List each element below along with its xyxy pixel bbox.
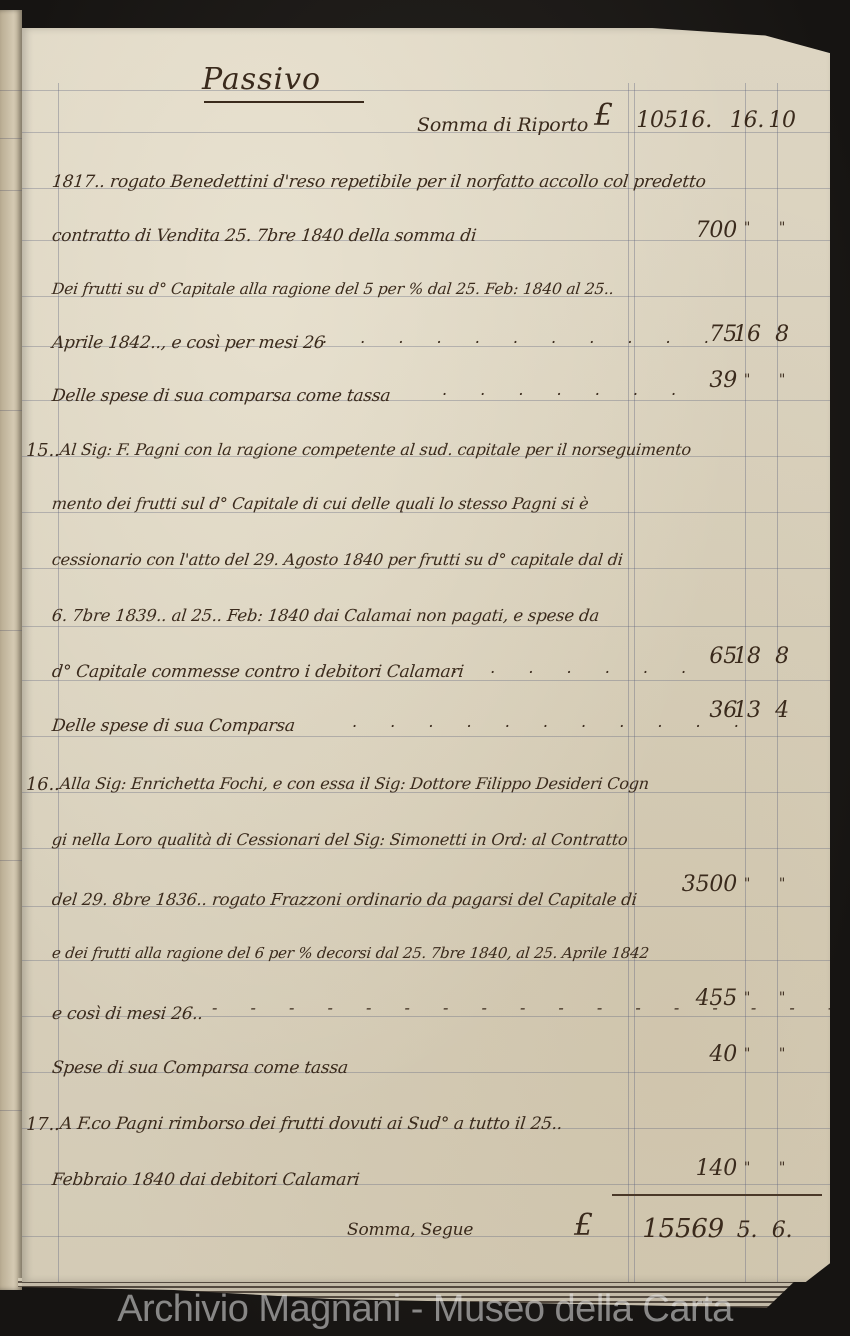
amount-denari: ": [767, 220, 797, 236]
amount-soldi: 16: [722, 322, 772, 347]
amount-soldi: 13: [722, 698, 772, 723]
total-denari: 6.: [767, 1218, 797, 1243]
amount-denari: ": [767, 990, 797, 1006]
amount-soldi: ": [722, 1046, 772, 1062]
amount-soldi: 18: [722, 644, 772, 669]
ledger-page: Passivo Somma di Riporto £ 10516. 16. 10…: [22, 28, 830, 1282]
total-label: Somma, Segue: [347, 1220, 473, 1240]
ledger-line: d° Capitale commesse contro i debitori C…: [51, 662, 465, 682]
entry-number: 15..: [26, 440, 60, 461]
ledger-line: 1817.. rogato Benedettini d'reso repetib…: [51, 172, 707, 192]
previous-page-edge: [0, 10, 22, 1290]
amount-denari: ": [767, 876, 797, 892]
ledger-line: cessionario con l'atto del 29. Agosto 18…: [51, 550, 624, 569]
entry-number: 17..: [26, 1114, 60, 1135]
ledger-line: Dei frutti su d° Capitale alla ragione d…: [51, 280, 615, 298]
entry-number: 16..: [26, 774, 60, 795]
ledger-line: gi nella Loro qualità di Cessionari del …: [51, 830, 629, 849]
ledger-line: Alla Sig: Enrichetta Fochi, e con essa i…: [59, 774, 650, 793]
amount-denari: 8: [767, 644, 797, 669]
total-rule: [612, 1194, 822, 1196]
ledger-line: Delle spese di sua comparsa come tassa: [51, 386, 392, 406]
amount-soldi: ": [722, 220, 772, 236]
amount-soldi: ": [722, 1160, 772, 1176]
total-soldi: 5.: [722, 1218, 772, 1243]
ledger-line: Aprile 1842.., e così per mesi 26: [51, 333, 326, 353]
total-lire: 15569: [634, 1214, 724, 1244]
page-title: Passivo: [202, 62, 321, 97]
carried-forward-lire: 10516.: [622, 108, 712, 133]
amount-soldi: ": [722, 990, 772, 1006]
ledger-line: 6. 7bre 1839.. al 25.. Feb: 1840 dai Cal…: [51, 606, 600, 625]
ledger-line: A F.co Pagni rimborso dei frutti dovuti …: [59, 1114, 563, 1134]
archive-watermark: Archivio Magnani - Museo della Carta: [0, 1288, 850, 1331]
ledger-line: mento dei frutti sul d° Capitale di cui …: [51, 494, 589, 513]
amount-soldi: ": [722, 372, 772, 388]
carried-forward-denari: 10: [767, 108, 797, 133]
carried-forward-soldi: 16.: [722, 108, 772, 133]
amount-denari: 8: [767, 322, 797, 347]
amount-soldi: ": [722, 876, 772, 892]
ledger-line: del 29. 8bre 1836.. rogato Frazzoni ordi…: [51, 890, 638, 909]
title-underline: [204, 101, 364, 103]
ledger-line: e così di mesi 26..: [51, 1004, 204, 1024]
ledger-line: Al Sig: F. Pagni con la ragione competen…: [59, 440, 692, 459]
ledger-line: Febbraio 1840 dai debitori Calamari: [51, 1170, 360, 1190]
amount-denari: ": [767, 1160, 797, 1176]
amount-denari: 4: [767, 698, 797, 723]
ledger-line: e dei frutti alla ragione del 6 per % de…: [51, 944, 650, 962]
ledger-line: Delle spese di sua Comparsa: [51, 716, 296, 736]
ledger-line: contratto di Vendita 25. 7bre 1840 della…: [51, 226, 477, 246]
pound-sign: £: [594, 98, 613, 133]
amount-denari: ": [767, 372, 797, 388]
carried-forward-label: Somma di Riporto: [417, 114, 588, 136]
ledger-line: Spese di sua Comparsa come tassa: [51, 1058, 349, 1078]
amount-denari: ": [767, 1046, 797, 1062]
pound-sign: £: [574, 1208, 593, 1243]
